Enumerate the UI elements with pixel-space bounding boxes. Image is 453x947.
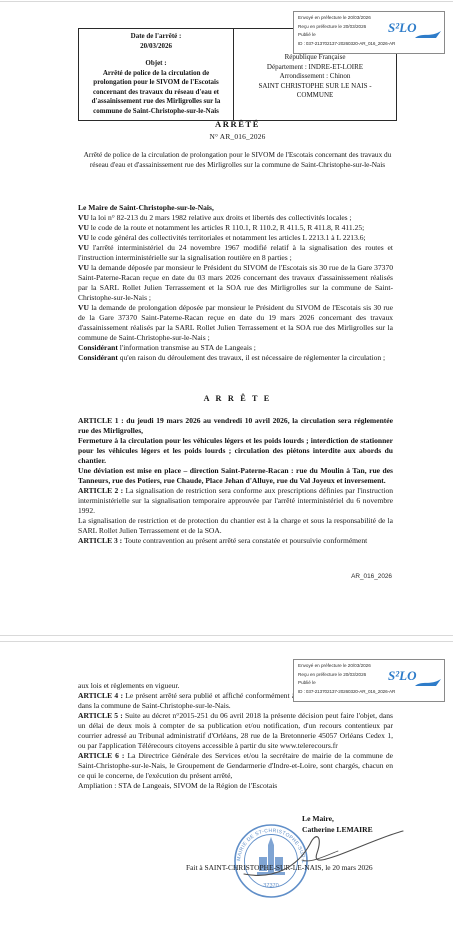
article-1: ARTICLE 1 : du jeudi 19 mars 2026 au ven… <box>78 416 393 436</box>
date-value: 20/03/2026 <box>83 42 229 52</box>
prefecture-stamp-page2: Envoyé en préfecture le 20/03/2026 Reçu … <box>293 659 445 702</box>
recital-vu-5: VU la demande déposée par monsieur le Pr… <box>78 263 393 303</box>
recital-maire: Le Maire de Saint-Christophe-sur-le-Nais… <box>78 203 393 213</box>
article-3: ARTICLE 3 : Toute contravention au prése… <box>78 536 393 546</box>
header-left-cell: Date de l'arrêté : 20/03/2026 Objet : Ar… <box>79 29 234 120</box>
ampliation-line: Ampliation : STA de Langeais, SIVOM de l… <box>78 781 393 791</box>
s2low-logo: S²LO <box>388 21 440 43</box>
page1-bottom-edge <box>0 635 453 636</box>
handwritten-signature <box>240 820 408 882</box>
republic-line: République Française <box>238 53 392 63</box>
document-title: ARRÊTÉ <box>78 119 397 129</box>
article-1-deviation: Une déviation est mise en place – direct… <box>78 466 393 486</box>
recital-vu-1: VU la loi n° 82-213 du 2 mars 1982 relat… <box>78 213 393 223</box>
recital-considerant-2: Considérant qu'en raison du déroulement … <box>78 353 393 363</box>
objet-text: Arrêté de police de la circulation de pr… <box>83 69 229 117</box>
page1-footer-reference: AR_016_2026 <box>78 573 392 580</box>
commune-line-2: COMMUNE <box>238 91 392 101</box>
articles-block-page1: ARTICLE 1 : du jeudi 19 mars 2026 au ven… <box>78 416 393 546</box>
page-top-edge <box>0 1 453 2</box>
objet-label: Objet : <box>83 59 229 69</box>
s2low-logo: S²LO <box>388 669 440 691</box>
title-block: ARRÊTÉ N° AR_016_2026 <box>78 119 397 141</box>
recitals-block: Le Maire de Saint-Christophe-sur-le-Nais… <box>78 203 393 363</box>
article-5: ARTICLE 5 : Suite au décret n°2015-251 d… <box>78 711 393 751</box>
department-line: Département : INDRE-ET-LOIRE <box>238 63 392 73</box>
recital-vu-2: VU le code de la route et notamment les … <box>78 223 393 233</box>
recital-vu-6: VU la demande de prolongation déposée pa… <box>78 303 393 343</box>
arrete-heading: A R R Ê T E <box>78 394 397 403</box>
article-6: ARTICLE 6 : La Directrice Générale des S… <box>78 751 393 781</box>
article-2-responsabilite: La signalisation de restriction et de pr… <box>78 516 393 536</box>
page2-top-edge <box>0 641 453 642</box>
scanned-decree-document: { "colors": { "platform_blue": "#2e7cc9"… <box>0 0 453 947</box>
article-1-fermeture: Fermeture à la circulation pour les véhi… <box>78 436 393 466</box>
seal-postal-code: 37370 <box>263 883 279 889</box>
s2low-swoosh-icon <box>414 677 444 691</box>
recital-considerant-1: Considérant l'information transmise au S… <box>78 343 393 353</box>
arrondissement-line: Arrondissement : Chinon <box>238 72 392 82</box>
commune-line-1: SAINT CHRISTOPHE SUR LE NAIS - <box>238 82 392 92</box>
document-number: N° AR_016_2026 <box>78 132 397 141</box>
recital-vu-3: VU le code général des collectivités ter… <box>78 233 393 243</box>
prefecture-stamp-page1: Envoyé en préfecture le 20/03/2026 Reçu … <box>293 11 445 54</box>
recital-vu-4: VU l'arrêté interministériel du 24 novem… <box>78 243 393 263</box>
date-label: Date de l'arrêté : <box>83 32 229 42</box>
article-2: ARTICLE 2 : La signalisation de restrict… <box>78 486 393 516</box>
document-subtitle: Arrêté de police de la circulation de pr… <box>80 150 395 170</box>
s2low-swoosh-icon <box>414 29 444 43</box>
